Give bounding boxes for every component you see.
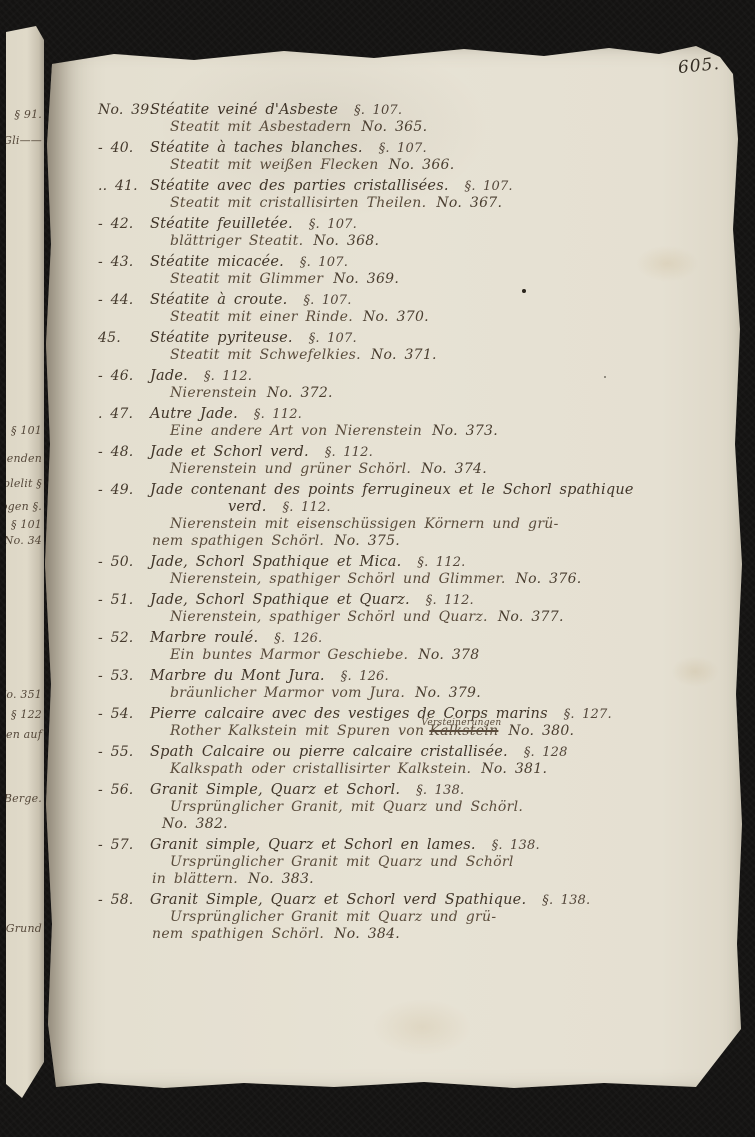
specimen-number: No. 369. [333,271,399,287]
entry-text: blättriger Steatit. [170,233,303,249]
section-ref: §. 112. [417,555,465,570]
section-ref: §. 112. [325,445,373,460]
section-ref: §. 107. [465,179,513,194]
facing-page-fragment: der Berge. [6,792,42,805]
entry-text: verd. [228,499,267,515]
section-ref: §. 138. [542,893,590,908]
scan-backdrop: § 91.Gli——§ 101gendentolelit §zogen §.§ … [0,0,755,1137]
specimen-number: No. 374. [421,461,487,477]
entry-row: No. 382. [150,816,734,833]
entry-text: Steatit mit weißen Flecken [170,157,379,173]
entry-number: - 50. [98,554,148,571]
entry-row: Steatit mit GlimmerNo. 369. [150,271,734,288]
entry-number: . 47. [98,406,148,423]
entry-text: Steatit mit cristallisirten Theilen. [170,195,426,211]
entry-text: Stéatite micacée. [150,254,284,270]
catalog-entry: - 58.Granit Simple, Quarz et Schorl verd… [150,892,734,943]
entry-row: Ursprünglicher Granit mit Quarz und grü- [150,909,734,926]
section-ref: §. 112. [426,593,474,608]
entry-text: bräunlicher Marmor vom Jura. [170,685,405,701]
entry-number: - 42. [98,216,148,233]
entry-row: 45.Stéatite pyriteuse.§. 107. [150,330,734,347]
catalog-entry: .. 41.Stéatite avec des parties cristall… [150,178,734,212]
entry-row: nem spathigen Schörl.No. 384. [150,926,734,943]
specimen-number: No. 375. [334,533,400,549]
inserted-correction: Versteinerungen [421,715,501,732]
entry-row: nem spathigen Schörl.No. 375. [150,533,734,550]
entry-row: Steatit mit weißen FleckenNo. 366. [150,157,734,174]
entry-number: - 43. [98,254,148,271]
facing-page-fragment: Gli—— [6,134,42,147]
entry-row: Ursprünglicher Granit, mit Quarz und Sch… [150,799,734,816]
entry-row: bräunlicher Marmor vom Jura.No. 379. [150,685,734,702]
entry-text: Marbre roulé. [150,630,258,646]
catalog-entry: No. 39.Stéatite veiné d'Asbeste§. 107.St… [150,102,734,136]
facing-page-fragment: § 122 [11,708,42,721]
entry-number: - 49. [98,482,148,499]
catalog-entry: - 46.Jade.§. 112.NierensteinNo. 372. [150,368,734,402]
entry-text: Jade, Schorl Spathique et Mica. [150,554,401,570]
entry-text: nem spathigen Schörl. [152,533,324,549]
entry-text: Kalkspath oder cristallisirter Kalkstein… [170,761,471,777]
entry-row: - 48.Jade et Schorl verd.§. 112. [150,444,734,461]
entry-text: Stéatite pyriteuse. [150,330,293,346]
entry-row: . 47.Autre Jade.§. 112. [150,406,734,423]
entry-text: Steatit mit Glimmer [170,271,323,287]
entry-number: - 58. [98,892,148,909]
entry-text: Jade contenant des points ferrugineux et… [150,482,634,498]
catalog-entry: - 48.Jade et Schorl verd.§. 112.Nierenst… [150,444,734,478]
entry-text: Spath Calcaire ou pierre calcaire crista… [150,744,508,760]
paper-speck [522,289,526,293]
section-ref: §. 107. [309,331,357,346]
specimen-number: No. 380. [508,723,574,739]
entry-row: Ursprünglicher Granit mit Quarz und Schö… [150,854,734,871]
entry-row: - 57.Granit simple, Quarz et Schorl en l… [150,837,734,854]
entry-row: Kalkspath oder cristallisirter Kalkstein… [150,761,734,778]
facing-page-fragment: § 101 [11,424,42,437]
entry-row: - 58.Granit Simple, Quarz et Schorl verd… [150,892,734,909]
specimen-number: No. 372. [267,385,333,401]
entry-row: - 46.Jade.§. 112. [150,368,734,385]
entry-text: Steatit mit Asbestadern [170,119,351,135]
facing-page-fragment: § 91. [15,108,43,121]
entry-text: Rother Kalkstein mit Spuren von [170,723,424,739]
facing-page-fragment: Grund [6,922,42,935]
entry-text: Stéatite feuilletée. [150,216,293,232]
entry-text: Stéatite à croute. [150,292,287,308]
section-ref: §. 126. [341,669,389,684]
specimen-number: No. 384. [334,926,400,942]
entry-number: - 57. [98,837,148,854]
specimen-number: No. 368. [313,233,379,249]
entry-number: - 48. [98,444,148,461]
facing-page-fragment: n No. 34 [6,534,42,547]
entry-row: Nierenstein mit eisenschüssigen Körnern … [150,516,734,533]
section-ref: §. 107. [379,141,427,156]
entry-text: Nierenstein [170,385,257,401]
specimen-number: No. 365. [361,119,427,135]
catalog-entry: - 53.Marbre du Mont Jura.§. 126.bräunlic… [150,668,734,702]
catalog-entry: . 47.Autre Jade.§. 112.Eine andere Art v… [150,406,734,440]
facing-page-edge: § 91.Gli——§ 101gendentolelit §zogen §.§ … [6,26,44,1098]
catalog-entry: - 56.Granit Simple, Quarz et Schorl.§. 1… [150,782,734,833]
entry-number: No. 39. [98,102,148,119]
entry-text: Granit Simple, Quarz et Schorl verd Spat… [150,892,526,908]
catalog-entry: 45.Stéatite pyriteuse.§. 107.Steatit mit… [150,330,734,364]
facing-page-fragment: § 101 [11,518,42,531]
facing-page-fragment: tolelit § [6,477,42,490]
entry-text: Nierenstein mit eisenschüssigen Körnern … [170,516,559,532]
entry-row: - 42.Stéatite feuilletée.§. 107. [150,216,734,233]
entry-row: verd.§. 112. [150,499,734,516]
section-ref: §. 138. [416,783,464,798]
section-ref: §. 128 [524,745,568,760]
entry-row: Nierenstein, spathiger Schörl und Glimme… [150,571,734,588]
entry-number: - 40. [98,140,148,157]
section-ref: §. 107. [354,103,402,118]
facing-page-fragment: zogen §. [6,500,42,513]
entry-number: 45. [98,330,148,347]
catalog-entry: - 43.Stéatite micacée.§. 107.Steatit mit… [150,254,734,288]
specimen-number: No. 377. [498,609,564,625]
entry-number: - 55. [98,744,148,761]
entry-row: - 49.Jade contenant des points ferrugine… [150,482,734,499]
catalog-entry: - 57.Granit simple, Quarz et Schorl en l… [150,837,734,888]
catalog-entry: - 50.Jade, Schorl Spathique et Mica.§. 1… [150,554,734,588]
entry-text: Autre Jade. [150,406,238,422]
entry-number: - 46. [98,368,148,385]
specimen-number: No. 373. [432,423,498,439]
catalog-entry: - 55.Spath Calcaire ou pierre calcaire c… [150,744,734,778]
page-number: 605. [677,54,721,78]
entry-text: Ursprünglicher Granit mit Quarz und Schö… [170,854,514,870]
entry-row: - 55.Spath Calcaire ou pierre calcaire c… [150,744,734,761]
entry-row: Steatit mit AsbestadernNo. 365. [150,119,734,136]
entry-text: Granit simple, Quarz et Schorl en lames. [150,837,476,853]
facing-page-fragment: No. 351 [6,688,42,701]
entry-number: - 52. [98,630,148,647]
entry-row: Nierenstein, spathiger Schörl und Quarz.… [150,609,734,626]
specimen-number: No. 382. [162,816,228,832]
section-ref: §. 112. [204,369,252,384]
paper-speck [604,376,606,378]
entry-row: No. 39.Stéatite veiné d'Asbeste§. 107. [150,102,734,119]
entry-number: - 51. [98,592,148,609]
entry-text: Nierenstein, spathiger Schörl und Quarz. [170,609,488,625]
entry-text: Eine andere Art von Nierenstein [170,423,422,439]
catalog-entry: - 42.Stéatite feuilletée.§. 107.blättrig… [150,216,734,250]
specimen-number: No. 381. [481,761,547,777]
entry-text: Steatit mit einer Rinde. [170,309,353,325]
specimen-number: No. 370. [363,309,429,325]
entry-text: Stéatite à taches blanches. [150,140,363,156]
section-ref: §. 107. [300,255,348,270]
entry-text: Marbre du Mont Jura. [150,668,325,684]
entry-number: - 53. [98,668,148,685]
entry-row: Nierenstein und grüner Schörl.No. 374. [150,461,734,478]
entry-text: nem spathigen Schörl. [152,926,324,942]
specimen-number: No. 367. [436,195,502,211]
entry-row: - 51.Jade, Schorl Spathique et Quarz.§. … [150,592,734,609]
entry-text: Stéatite veiné d'Asbeste [150,102,338,118]
entry-row: Ein buntes Marmor Geschiebe.No. 378 [150,647,734,664]
catalog-entry: - 44.Stéatite à croute.§. 107.Steatit mi… [150,292,734,326]
section-ref: §. 107. [309,217,357,232]
entry-text: Nierenstein und grüner Schörl. [170,461,411,477]
section-ref: §. 112. [283,500,331,515]
entry-row: in blättern.No. 383. [150,871,734,888]
entry-text: Ein buntes Marmor Geschiebe. [170,647,408,663]
entry-number: - 44. [98,292,148,309]
entry-row: Steatit mit cristallisirten Theilen.No. … [150,195,734,212]
entry-text: Jade, Schorl Spathique et Quarz. [150,592,410,608]
facing-page-fragment: genden [6,452,42,465]
entry-list: No. 39.Stéatite veiné d'Asbeste§. 107.St… [150,102,734,947]
catalog-entry: - 54.Pierre calcaire avec des vestiges d… [150,706,734,740]
entry-row: Rother Kalkstein mit Spuren vonKalkstein… [150,723,734,740]
entry-row: - 44.Stéatite à croute.§. 107. [150,292,734,309]
entry-row: NierensteinNo. 372. [150,385,734,402]
entry-text: Ursprünglicher Granit, mit Quarz und Sch… [170,799,523,815]
manuscript-page: 605. No. 39.Stéatite veiné d'Asbeste§. 1… [44,44,744,1090]
specimen-number: No. 371. [371,347,437,363]
catalog-entry: - 49.Jade contenant des points ferrugine… [150,482,734,550]
entry-text: Nierenstein, spathiger Schörl und Glimme… [170,571,506,587]
entry-row: - 53.Marbre du Mont Jura.§. 126. [150,668,734,685]
entry-text: Steatit mit Schwefelkies. [170,347,361,363]
entry-row: blättriger Steatit.No. 368. [150,233,734,250]
entry-row: Steatit mit Schwefelkies.No. 371. [150,347,734,364]
specimen-number: No. 378 [418,647,479,663]
entry-row: Eine andere Art von NierensteinNo. 373. [150,423,734,440]
entry-text: Granit Simple, Quarz et Schorl. [150,782,400,798]
entry-text: in blättern. [152,871,238,887]
entry-number: .. 41. [98,178,148,195]
specimen-number: No. 366. [389,157,455,173]
entry-number: - 56. [98,782,148,799]
struck-word: KalksteinVersteinerungen [429,723,498,740]
entry-number: - 54. [98,706,148,723]
section-ref: §. 112. [254,407,302,422]
specimen-number: No. 376. [516,571,582,587]
specimen-number: No. 383. [248,871,314,887]
section-ref: §. 126. [274,631,322,646]
entry-row: Steatit mit einer Rinde.No. 370. [150,309,734,326]
catalog-entry: - 40.Stéatite à taches blanches.§. 107.S… [150,140,734,174]
entry-row: - 52.Marbre roulé.§. 126. [150,630,734,647]
entry-row: - 40.Stéatite à taches blanches.§. 107. [150,140,734,157]
section-ref: §. 107. [303,293,351,308]
section-ref: §. 127. [564,707,612,722]
entry-row: - 56.Granit Simple, Quarz et Schorl.§. 1… [150,782,734,799]
specimen-number: No. 379. [415,685,481,701]
entry-row: .. 41.Stéatite avec des parties cristall… [150,178,734,195]
catalog-entry: - 52.Marbre roulé.§. 126.Ein buntes Marm… [150,630,734,664]
facing-page-fragment: ithen auf [6,728,42,741]
entry-text: Jade. [150,368,188,384]
entry-text: Stéatite avec des parties cristallisées. [150,178,449,194]
entry-text: Ursprünglicher Granit mit Quarz und grü- [170,909,496,925]
entry-row: - 43.Stéatite micacée.§. 107. [150,254,734,271]
entry-text: Jade et Schorl verd. [150,444,309,460]
section-ref: §. 138. [492,838,540,853]
entry-row: - 50.Jade, Schorl Spathique et Mica.§. 1… [150,554,734,571]
catalog-entry: - 51.Jade, Schorl Spathique et Quarz.§. … [150,592,734,626]
